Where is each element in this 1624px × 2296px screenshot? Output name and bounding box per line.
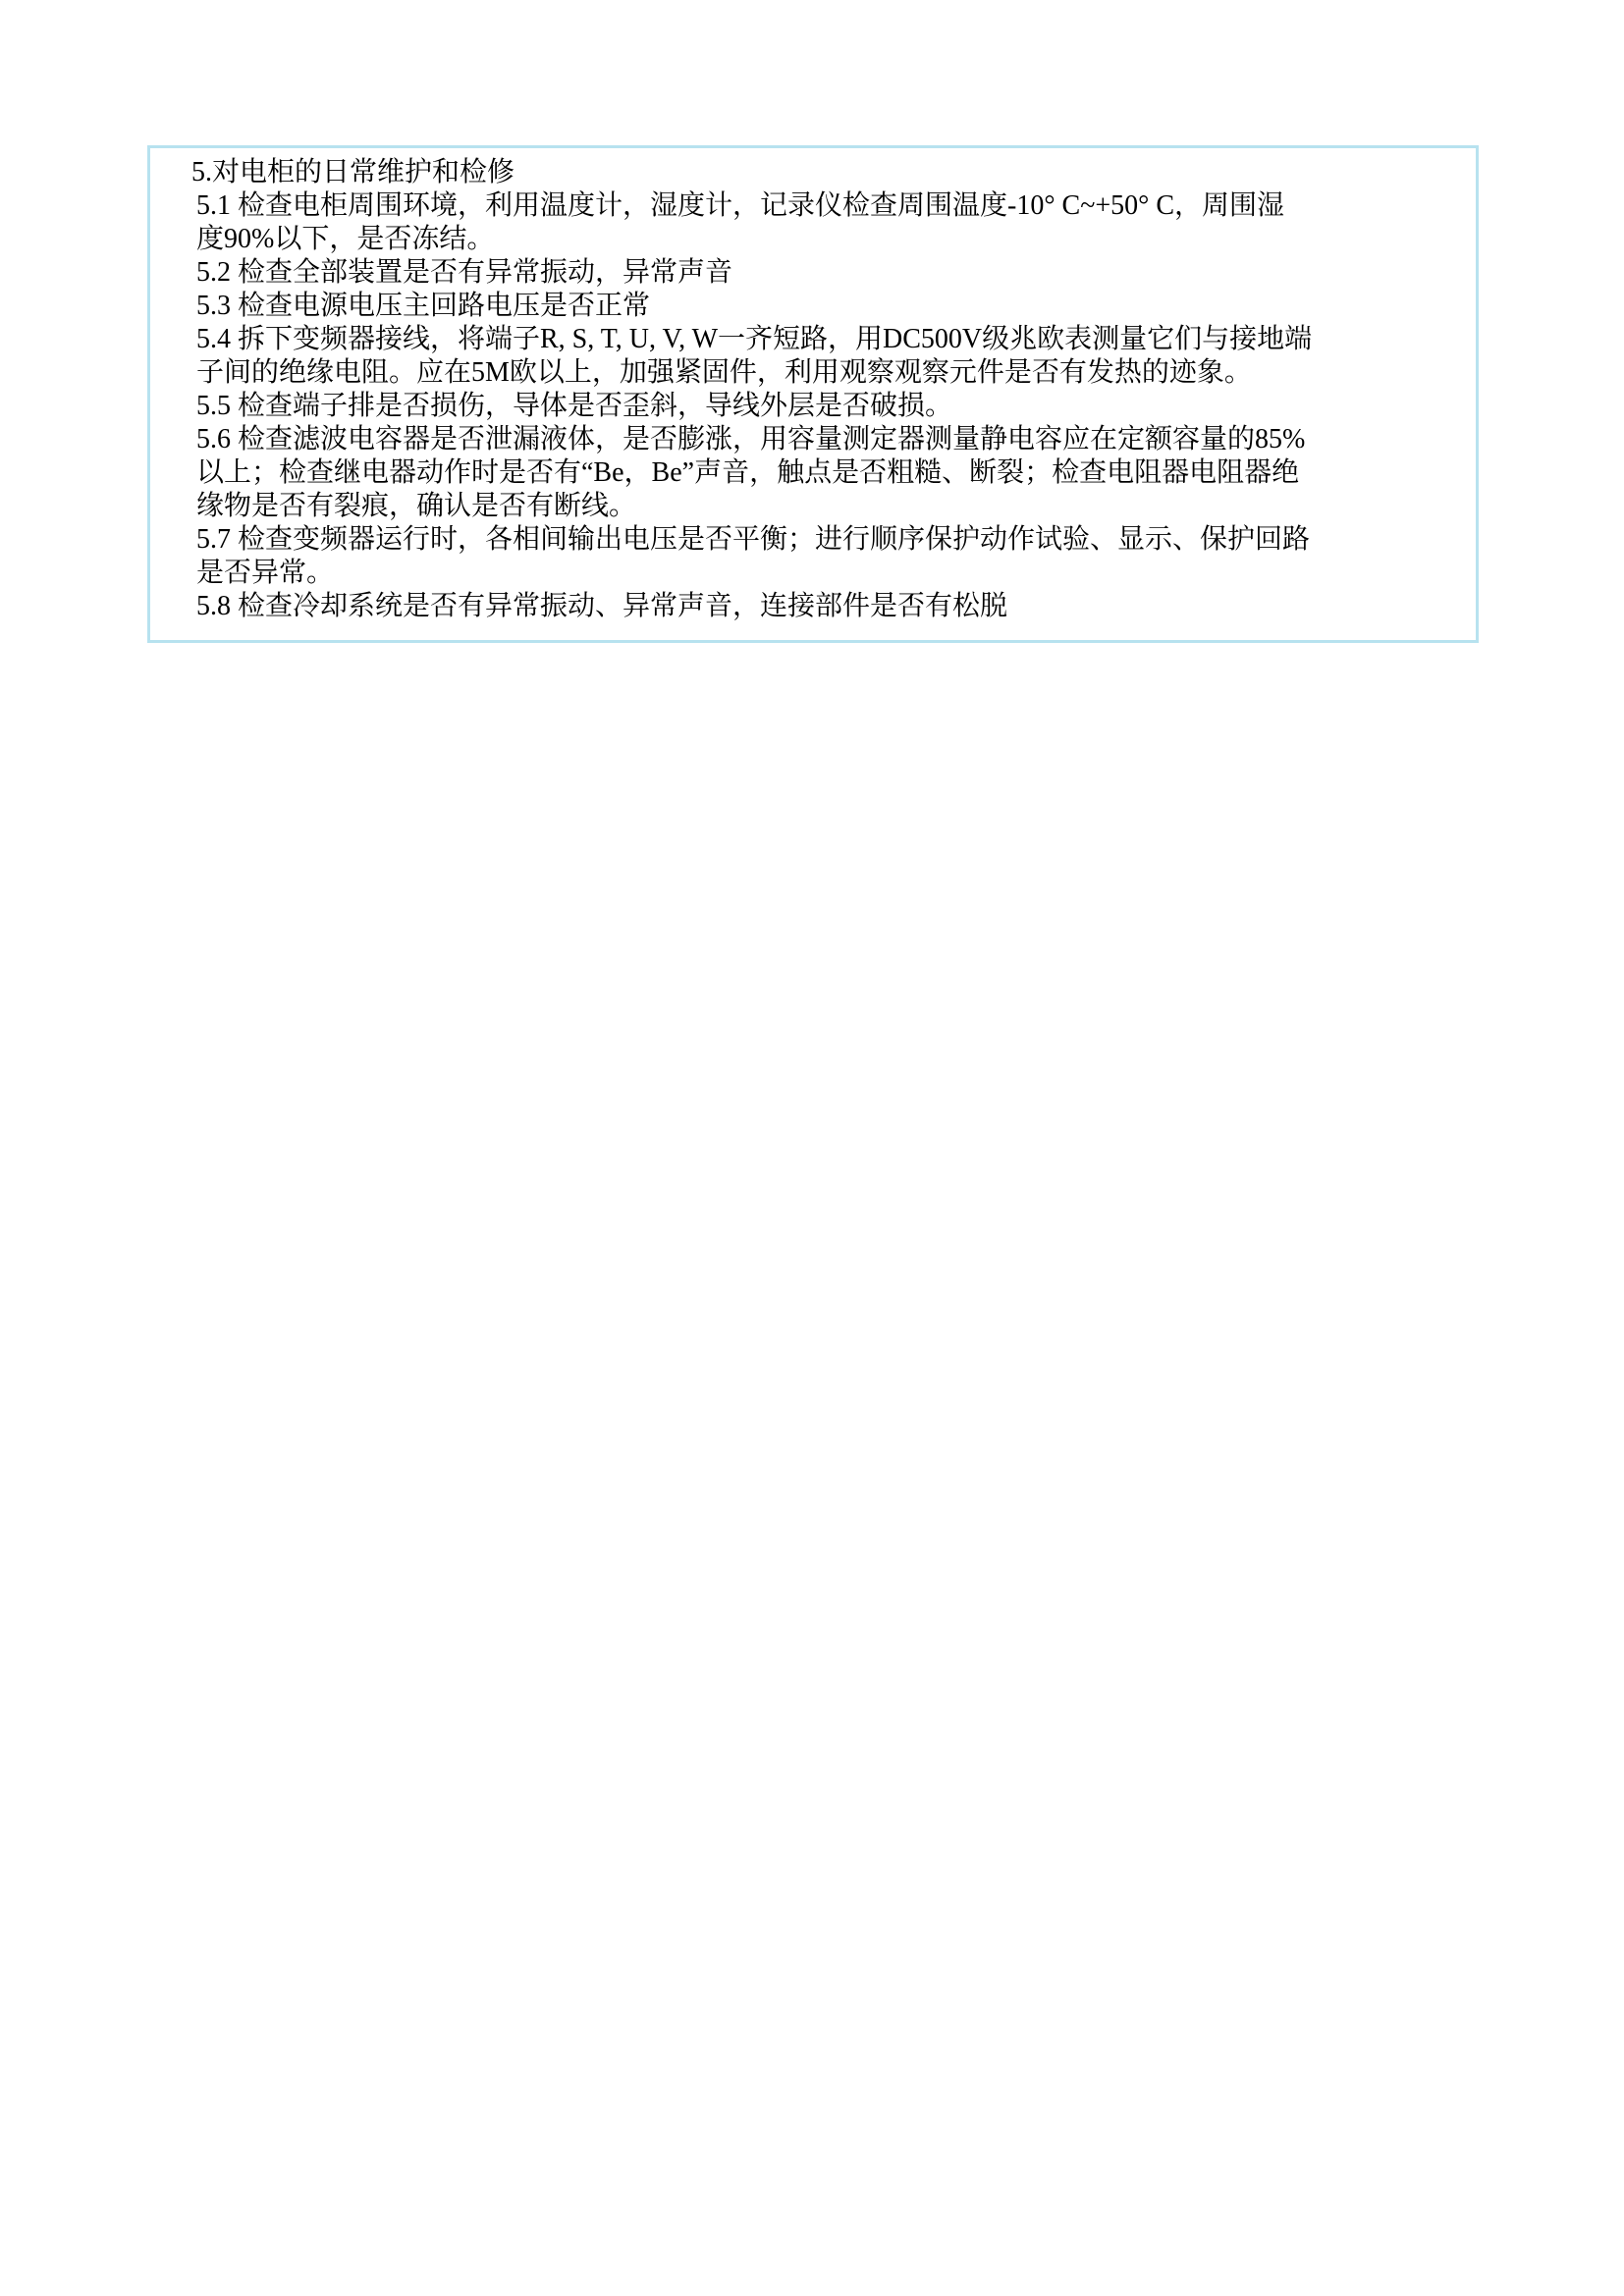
text-line: 5.5 检查端子排是否损伤，导体是否歪斜，导线外层是否破损。 [196, 390, 1476, 423]
text-line: 5.对电柜的日常维护和检修 [191, 156, 1476, 189]
text-line: 缘物是否有裂痕，确认是否有断线。 [196, 490, 1476, 523]
text-line: 5.3 检查电源电压主回路电压是否正常 [196, 290, 1476, 323]
text-line: 5.8 检查冷却系统是否有异常振动、异常声音，连接部件是否有松脱 [196, 590, 1476, 623]
text-line: 5.6 检查滤波电容器是否泄漏液体，是否膨涨，用容量测定器测量静电容应在定额容量… [196, 423, 1476, 456]
page: { "page": { "background_color": "#ffffff… [0, 0, 1624, 2296]
text-line: 度90%以下，是否冻结。 [196, 223, 1476, 256]
text-line: 5.1 检查电柜周围环境，利用温度计，湿度计，记录仪检查周围温度-10° C~+… [196, 189, 1476, 223]
text-line: 子间的绝缘电阻。应在5M欧以上，加强紧固件，利用观察观察元件是否有发热的迹象。 [196, 356, 1476, 390]
maintenance-section-box: 5.对电柜的日常维护和检修5.1 检查电柜周围环境，利用温度计，湿度计，记录仪检… [147, 145, 1479, 643]
text-line: 5.4 拆下变频器接线，将端子R, S, T, U, V, W一齐短路，用DC5… [196, 323, 1476, 356]
text-line: 5.7 检查变频器运行时，各相间输出电压是否平衡；进行顺序保护动作试验、显示、保… [196, 523, 1476, 557]
text-line: 5.2 检查全部装置是否有异常振动，异常声音 [196, 256, 1476, 290]
text-line: 是否异常。 [196, 557, 1476, 590]
maintenance-checklist: 5.对电柜的日常维护和检修5.1 检查电柜周围环境，利用温度计，湿度计，记录仪检… [150, 156, 1476, 623]
text-line: 以上；检查继电器动作时是否有“Be，Be”声音，触点是否粗糙、断裂；检查电阻器电… [196, 456, 1476, 490]
